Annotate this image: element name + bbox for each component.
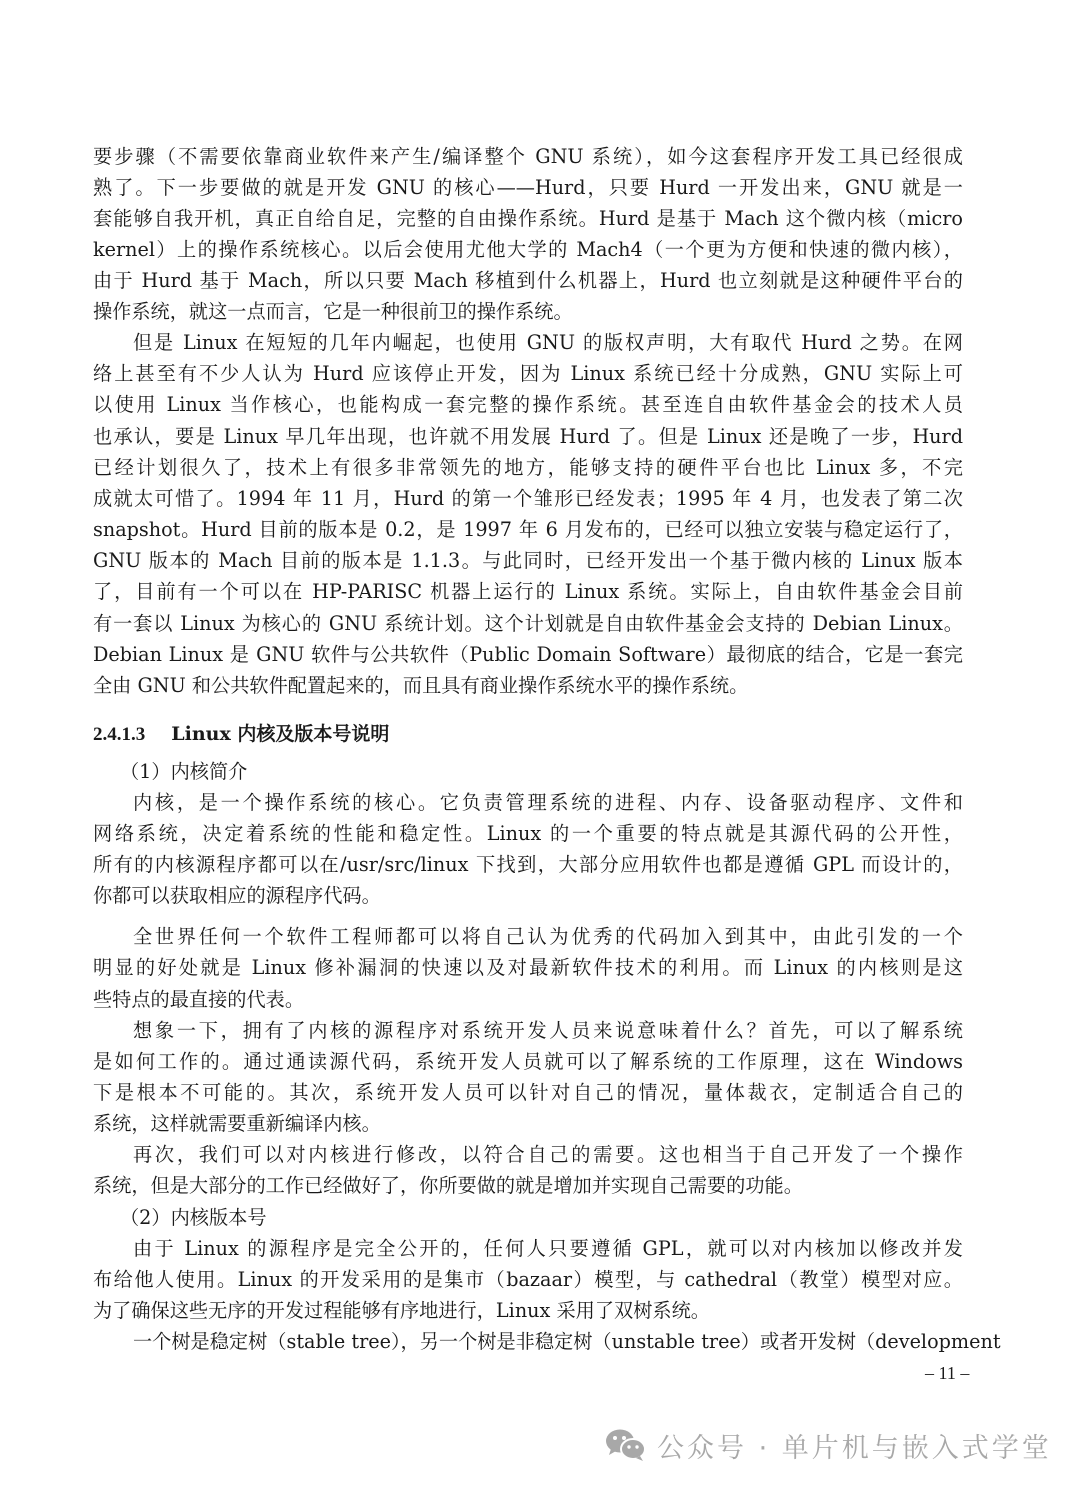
text-line: Debian Linux 是 GNU 软件与公共软件（Public Domain… bbox=[93, 639, 963, 670]
text-line: 所有的内核源程序都可以在/usr/src/linux 下找到，大部分应用软件也都… bbox=[93, 849, 963, 880]
text-line: 些特点的最直接的代表。 bbox=[93, 984, 963, 1015]
text-line: 为了确保这些无序的开发过程能够有序地进行，Linux 采用了双树系统。 bbox=[93, 1295, 963, 1326]
page-number: – 11 – bbox=[925, 1360, 969, 1386]
text-line: 套能够自我开机，真正自给自足，完整的自由操作系统。Hurd 是基于 Mach 这… bbox=[93, 203, 963, 234]
subsection-title: （2）内核版本号 bbox=[120, 1202, 950, 1233]
text-line: 全世界任何一个软件工程师都可以将自己认为优秀的代码加入到其中，由此引发的一个 bbox=[133, 921, 963, 952]
document-page: 要步骤（不需要依靠商业软件来产生/编译整个 GNU 系统），如今这套程序开发工具… bbox=[0, 0, 1080, 1491]
text-line: 络上甚至有不少人认为 Hurd 应该停止开发，因为 Linux 系统已经十分成熟… bbox=[93, 358, 963, 389]
watermark: 公众号 · 单片机与嵌入式学堂 bbox=[605, 1425, 1052, 1465]
text-line: 要步骤（不需要依靠商业软件来产生/编译整个 GNU 系统），如今这套程序开发工具… bbox=[93, 141, 963, 172]
wechat-icon bbox=[605, 1428, 647, 1462]
text-line: 布给他人使用。Linux 的开发采用的是集市（bazaar）模型，与 cathe… bbox=[93, 1264, 963, 1295]
watermark-text: 公众号 · 单片机与嵌入式学堂 bbox=[657, 1426, 1052, 1465]
text-line: 你都可以获取相应的源程序代码。 bbox=[93, 880, 963, 911]
text-line: 由于 Hurd 基于 Mach，所以只要 Mach 移植到什么机器上，Hurd … bbox=[93, 265, 963, 296]
text-line: 全由 GNU 和公共软件配置起来的，而且具有商业操作系统水平的操作系统。 bbox=[93, 670, 963, 701]
text-line: 操作系统，就这一点而言，它是一种很前卫的操作系统。 bbox=[93, 296, 963, 327]
text-line: 但是 Linux 在短短的几年内崛起，也使用 GNU 的版权声明，大有取代 Hu… bbox=[133, 327, 963, 358]
text-line: 下是根本不可能的。其次，系统开发人员可以针对自己的情况，量体裁衣，定制适合自己的 bbox=[93, 1077, 963, 1108]
text-line: 也承认，要是 Linux 早几年出现，也许就不用发展 Hurd 了。但是 Lin… bbox=[93, 421, 963, 452]
text-line: GNU 版本的 Mach 目前的版本是 1.1.3。与此同时，已经开发出一个基于… bbox=[93, 545, 963, 576]
text-line: 想象一下，拥有了内核的源程序对系统开发人员来说意味着什么？首先，可以了解系统 bbox=[133, 1015, 963, 1046]
section-heading: 2.4.1.3Linux 内核及版本号说明 bbox=[93, 719, 389, 750]
text-line: kernel）上的操作系统核心。以后会使用尤他大学的 Mach4（一个更为方便和… bbox=[93, 234, 963, 265]
text-line: 由于 Linux 的源程序是完全公开的，任何人只要遵循 GPL，就可以对内核加以… bbox=[133, 1233, 963, 1264]
text-line: 是如何工作的。通过通读源代码，系统开发人员就可以了解系统的工作原理，这在 Win… bbox=[93, 1046, 963, 1077]
section-title: Linux 内核及版本号说明 bbox=[171, 723, 389, 745]
subsection-title: （1）内核简介 bbox=[120, 756, 950, 787]
text-line: 以使用 Linux 当作核心，也能构成一套完整的操作系统。甚至连自由软件基金会的… bbox=[93, 389, 963, 420]
text-line: 内核，是一个操作系统的核心。它负责管理系统的进程、内存、设备驱动程序、文件和 bbox=[133, 787, 963, 818]
text-line: 了，目前有一个可以在 HP-PARISC 机器上运行的 Linux 系统。实际上… bbox=[93, 576, 963, 607]
text-line: 已经计划很久了，技术上有很多非常领先的地方，能够支持的硬件平台也比 Linux … bbox=[93, 452, 963, 483]
text-line: 网络系统，决定着系统的性能和稳定性。Linux 的一个重要的特点就是其源代码的公… bbox=[93, 818, 963, 849]
text-line: 再次，我们可以对内核进行修改，以符合自己的需要。这也相当于自己开发了一个操作 bbox=[133, 1139, 963, 1170]
text-line: 明显的好处就是 Linux 修补漏洞的快速以及对最新软件技术的利用。而 Linu… bbox=[93, 952, 963, 983]
text-line: snapshot。Hurd 目前的版本是 0.2，是 1997 年 6 月发布的… bbox=[93, 514, 963, 545]
text-line: 成就太可惜了。1994 年 11 月，Hurd 的第一个雏形已经发表；1995 … bbox=[93, 483, 963, 514]
text-line: 系统，这样就需要重新编译内核。 bbox=[93, 1108, 963, 1139]
text-line: 系统，但是大部分的工作已经做好了，你所要做的就是增加并实现自己需要的功能。 bbox=[93, 1170, 963, 1201]
text-line: 有一套以 Linux 为核心的 GNU 系统计划。这个计划就是自由软件基金会支持… bbox=[93, 608, 963, 639]
text-line: 熟了。下一步要做的就是开发 GNU 的核心——Hurd，只要 Hurd 一开发出… bbox=[93, 172, 963, 203]
section-number: 2.4.1.3 bbox=[93, 724, 145, 745]
text-line: 一个树是稳定树（stable tree），另一个树是非稳定树（unstable … bbox=[133, 1326, 963, 1357]
